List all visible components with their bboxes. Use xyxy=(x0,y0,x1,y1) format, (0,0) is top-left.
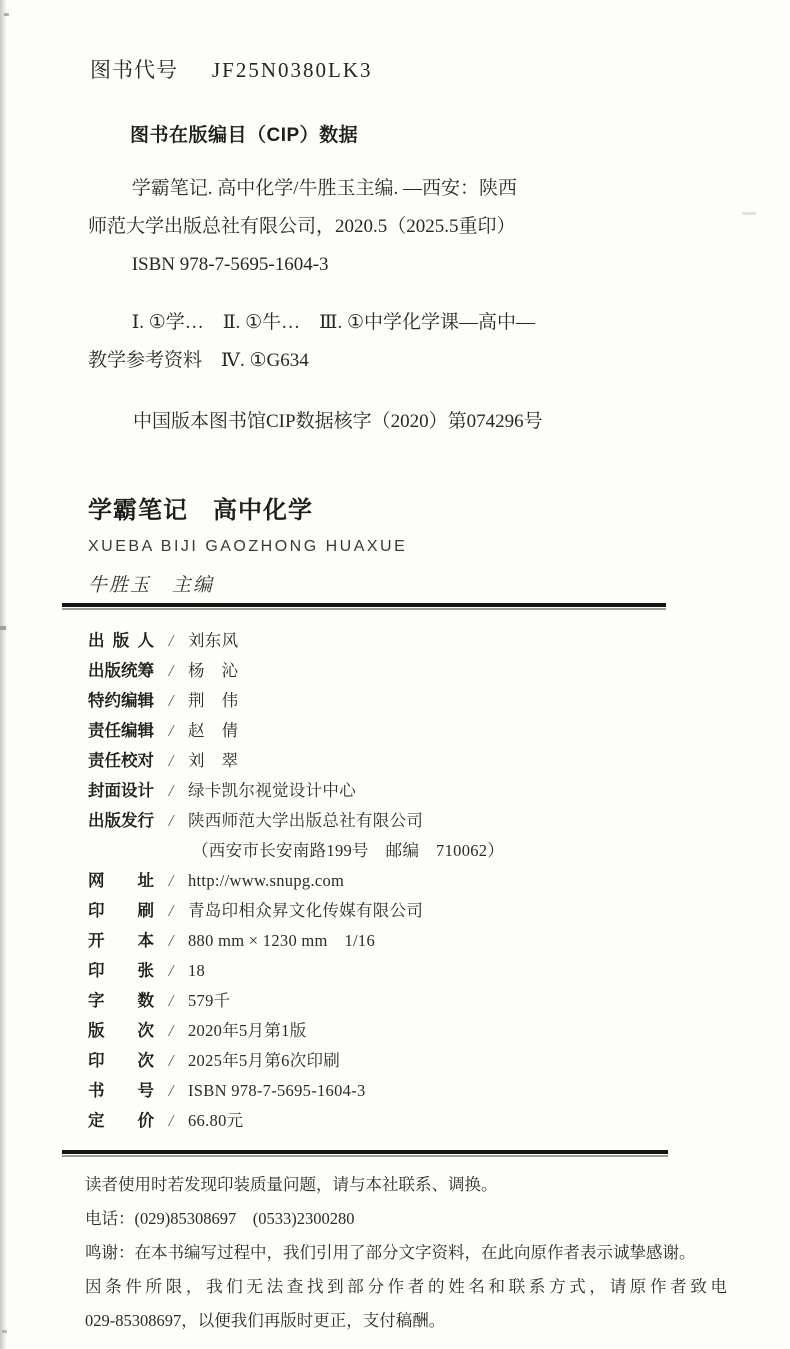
row-label: 印刷 xyxy=(88,896,154,926)
table-row: 印张 / 18 xyxy=(88,956,688,986)
cip-classification: Ⅰ. ①学… Ⅱ. ①牛… Ⅲ. ①中学化学课—高中— 教学参考资料 Ⅳ. ①G… xyxy=(88,304,668,380)
slash-separator: / xyxy=(154,656,188,686)
slash-separator: / xyxy=(154,956,188,986)
slash-separator: / xyxy=(154,1046,188,1076)
table-row: 书号 / ISBN 978-7-5695-1604-3 xyxy=(88,1076,688,1106)
row-value: 880 mm × 1230 mm 1/16 xyxy=(188,926,688,956)
cip-record-number: 中国版本图书馆CIP数据核字（2020）第074296号 xyxy=(133,406,543,433)
row-value: http://www.snupg.com xyxy=(188,866,688,896)
row-label: 出版人 xyxy=(88,626,154,656)
cip-class-line2: 教学参考资料 Ⅳ. ①G634 xyxy=(88,342,668,380)
acknowledgement-line3: 029-85308697，以便我们再版时更正，支付稿酬。 xyxy=(85,1304,727,1338)
editor-line: 牛胜玉 主编 xyxy=(88,570,214,597)
book-code-label: 图书代号 xyxy=(90,58,178,82)
slash-separator: / xyxy=(154,806,188,836)
row-value: 66.80元 xyxy=(188,1106,688,1136)
table-row: 特约编辑 / 荆 伟 xyxy=(88,686,688,716)
cip-class-line1: Ⅰ. ①学… Ⅱ. ①牛… Ⅲ. ①中学化学课—高中— xyxy=(88,304,668,342)
cip-entry-line2: 师范大学出版总社有限公司，2020.5（2025.5重印） xyxy=(88,208,668,246)
row-value: ISBN 978-7-5695-1604-3 xyxy=(188,1076,688,1106)
row-value: 陕西师范大学出版总社有限公司 xyxy=(188,806,688,836)
row-value: 刘 翠 xyxy=(188,746,688,776)
row-label: 责任校对 xyxy=(88,746,154,776)
scan-speck xyxy=(2,1330,7,1333)
row-value: 刘东风 xyxy=(188,626,688,656)
book-title-pinyin: XUEBA BIJI GAOZHONG HUAXUE xyxy=(88,538,407,556)
slash-separator: / xyxy=(154,896,188,926)
slash-separator: / xyxy=(154,626,188,656)
row-value: 杨 沁 xyxy=(188,656,688,686)
row-label: 印张 xyxy=(88,956,154,986)
slash-separator: / xyxy=(154,986,188,1016)
table-row: 印次 / 2025年5月第6次印刷 xyxy=(88,1046,688,1076)
slash-separator: / xyxy=(154,1076,188,1106)
scan-speck xyxy=(4,13,9,16)
scan-speck xyxy=(0,626,6,630)
row-value: 赵 倩 xyxy=(188,716,688,746)
row-value: 579千 xyxy=(188,986,688,1016)
row-label: 书号 xyxy=(88,1076,154,1106)
row-label: 特约编辑 xyxy=(88,686,154,716)
table-row: 印刷 / 青岛印相众昇文化传媒有限公司 xyxy=(88,896,688,926)
quality-notice: 读者使用时若发现印装质量问题，请与本社联系、调换。 xyxy=(85,1168,727,1202)
table-row: 责任校对 / 刘 翠 xyxy=(88,746,688,776)
row-label: 责任编辑 xyxy=(88,716,154,746)
acknowledgement-line1: 鸣谢：在本书编写过程中，我们引用了部分文字资料，在此向原作者表示诚挚感谢。 xyxy=(85,1236,727,1270)
table-row: 封面设计 / 绿卡凯尔视觉设计中心 xyxy=(88,776,688,806)
slash-separator: / xyxy=(154,716,188,746)
copyright-page: 图书代号JF25N0380LK3 图书在版编目（CIP）数据 学霸笔记. 高中化… xyxy=(0,0,790,1349)
scan-speck xyxy=(742,212,756,215)
row-label: 印次 xyxy=(88,1046,154,1076)
row-label: 版次 xyxy=(88,1016,154,1046)
table-row: 网址 / http://www.snupg.com xyxy=(88,866,688,896)
cip-entry: 学霸笔记. 高中化学/牛胜玉主编. —西安：陕西 师范大学出版总社有限公司，20… xyxy=(88,170,668,284)
publisher-address: （西安市长安南路199号 邮编 710062） xyxy=(192,836,688,866)
cip-heading: 图书在版编目（CIP）数据 xyxy=(130,120,358,147)
row-value: 青岛印相众昇文化传媒有限公司 xyxy=(188,896,688,926)
table-row: 出版人 / 刘东风 xyxy=(88,626,688,656)
table-row: 版次 / 2020年5月第1版 xyxy=(88,1016,688,1046)
book-code-value: JF25N0380LK3 xyxy=(212,58,373,82)
row-value: 18 xyxy=(188,956,688,986)
slash-separator: / xyxy=(154,686,188,716)
row-label: 封面设计 xyxy=(88,776,154,806)
table-row: 出版发行 / 陕西师范大学出版总社有限公司 xyxy=(88,806,688,836)
slash-separator: / xyxy=(154,1016,188,1046)
separator-rule-bottom xyxy=(62,1150,668,1154)
row-label: 出版发行 xyxy=(88,806,154,836)
book-title: 学霸笔记 高中化学 xyxy=(88,490,313,525)
slash-separator: / xyxy=(154,866,188,896)
book-code-line: 图书代号JF25N0380LK3 xyxy=(90,54,373,84)
phone-numbers: 电话：(029)85308697 (0533)2300280 xyxy=(85,1202,727,1236)
separator-rule-top xyxy=(62,603,666,607)
row-label: 定价 xyxy=(88,1106,154,1136)
slash-separator: / xyxy=(154,1106,188,1136)
row-label: 开本 xyxy=(88,926,154,956)
row-label: 网址 xyxy=(88,866,154,896)
slash-separator: / xyxy=(154,926,188,956)
table-row: 责任编辑 / 赵 倩 xyxy=(88,716,688,746)
row-value: 2020年5月第1版 xyxy=(188,1016,688,1046)
row-value: 荆 伟 xyxy=(188,686,688,716)
slash-separator: / xyxy=(154,776,188,806)
row-value: 2025年5月第6次印刷 xyxy=(188,1046,688,1076)
table-row: 出版统筹 / 杨 沁 xyxy=(88,656,688,686)
footer-notes: 读者使用时若发现印装质量问题，请与本社联系、调换。 电话：(029)853086… xyxy=(85,1168,727,1338)
cip-entry-line1: 学霸笔记. 高中化学/牛胜玉主编. —西安：陕西 xyxy=(88,170,668,208)
row-label: 字数 xyxy=(88,986,154,1016)
cip-entry-isbn: ISBN 978-7-5695-1604-3 xyxy=(88,246,668,284)
table-row: 字数 / 579千 xyxy=(88,986,688,1016)
table-row: 开本 / 880 mm × 1230 mm 1/16 xyxy=(88,926,688,956)
row-value: 绿卡凯尔视觉设计中心 xyxy=(188,776,688,806)
table-row: 定价 / 66.80元 xyxy=(88,1106,688,1136)
slash-separator: / xyxy=(154,746,188,776)
row-label: 出版统筹 xyxy=(88,656,154,686)
acknowledgement-line2: 因条件所限，我们无法查找到部分作者的姓名和联系方式，请原作者致电 xyxy=(85,1270,727,1304)
publication-info-table: 出版人 / 刘东风 出版统筹 / 杨 沁 特约编辑 / 荆 伟 责任编辑 / 赵… xyxy=(88,626,688,1136)
